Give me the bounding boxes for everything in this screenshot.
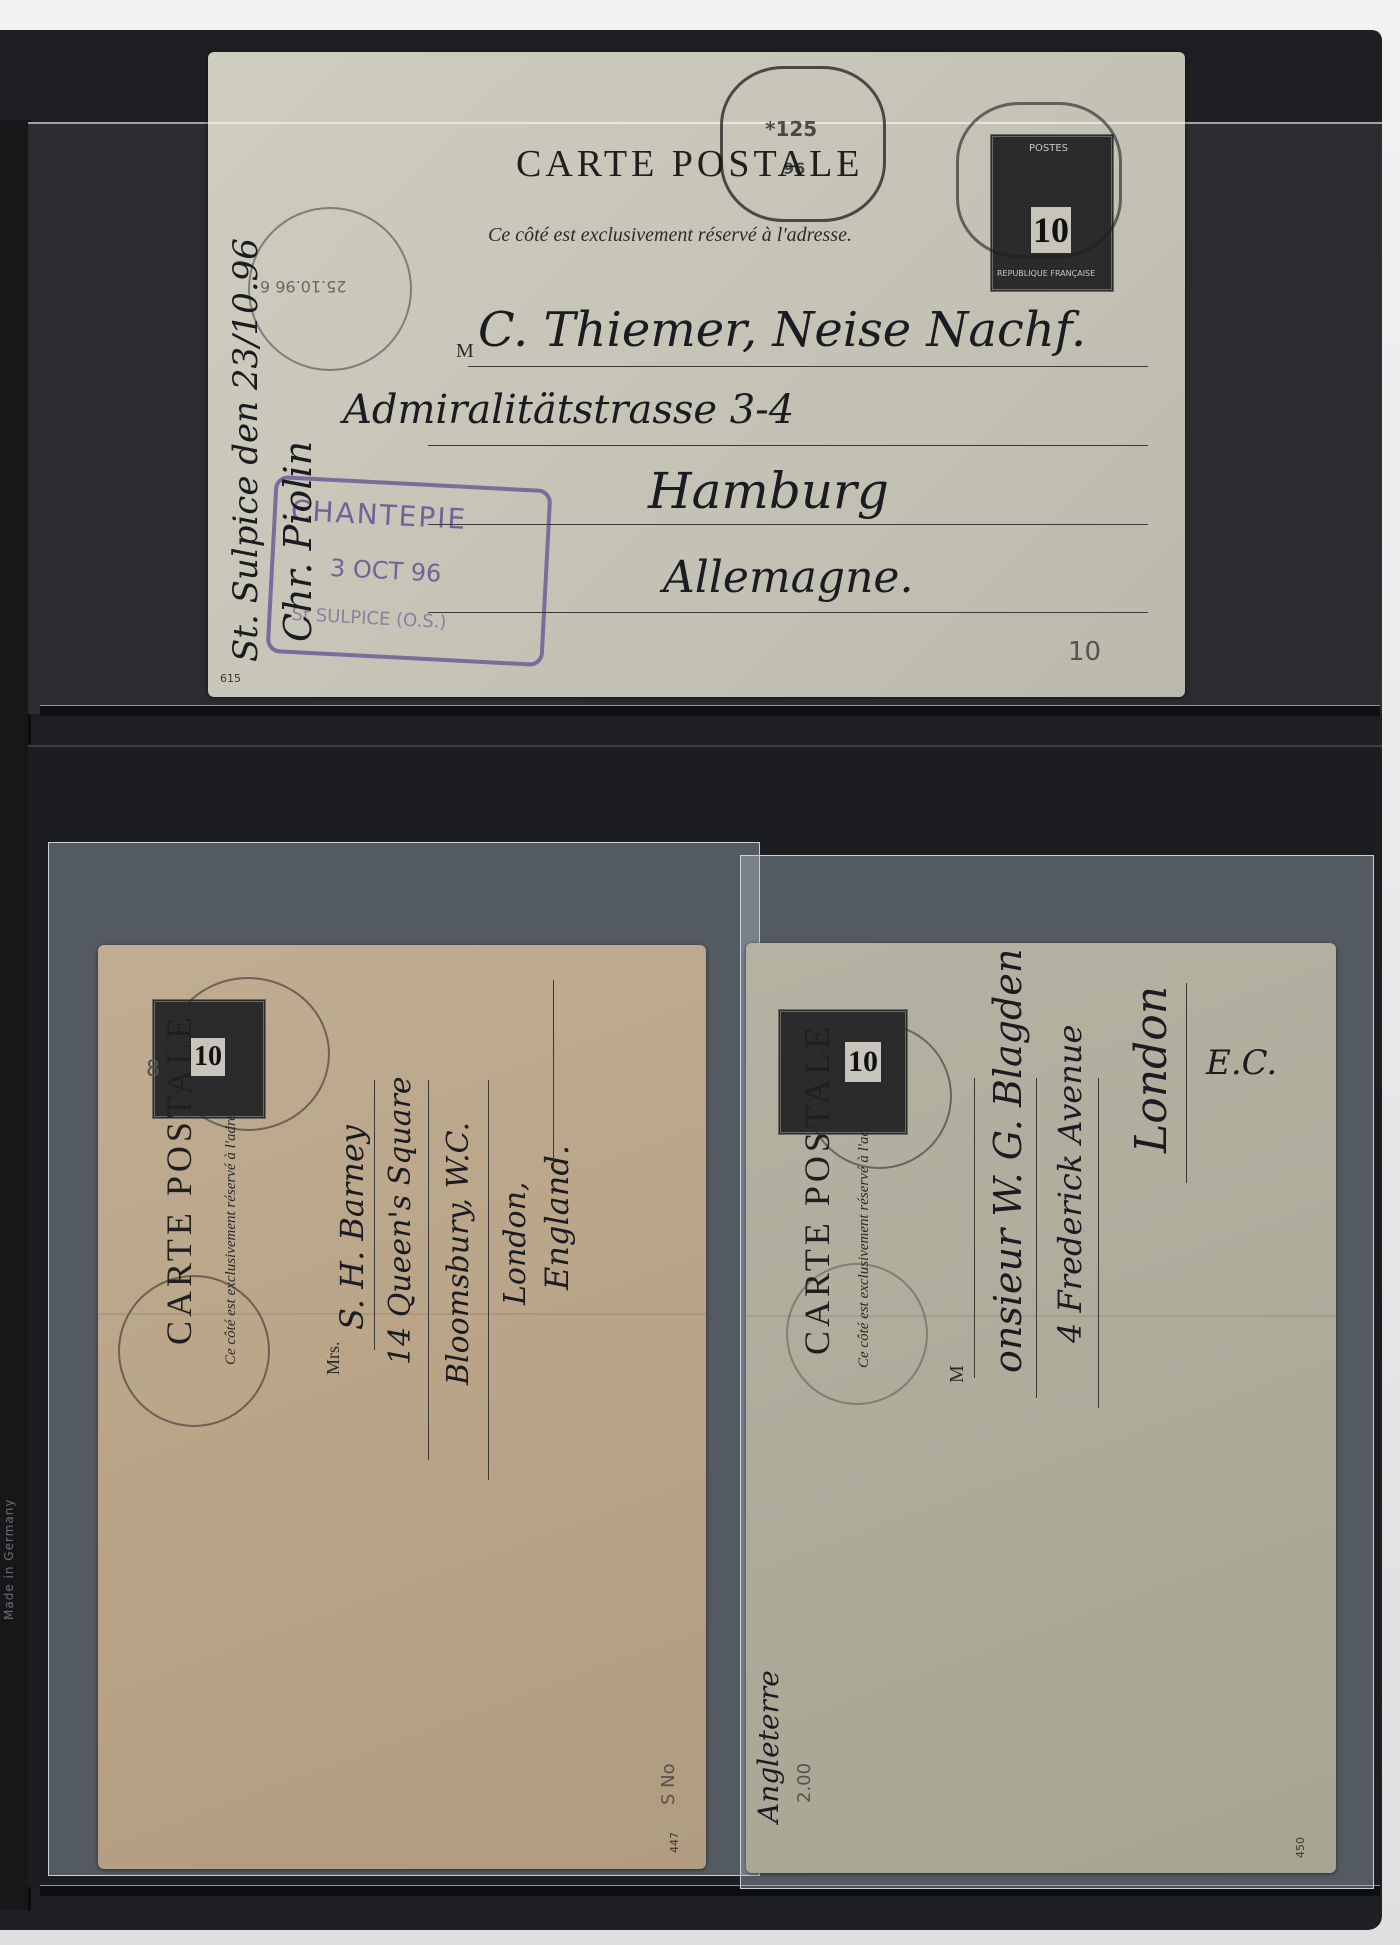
sender-signature: Chr. Piolin — [276, 441, 320, 642]
postcard-bottom-right: 10 CARTE POSTALE Ce côté est exclusiveme… — [746, 943, 1336, 1873]
pencil-price-note: 10 — [1068, 637, 1101, 667]
address-line-4: E.C. — [1206, 1043, 1277, 1083]
pencil-note: S No — [658, 1763, 679, 1805]
address-rule-2 — [1036, 1078, 1037, 1398]
sender-place-date: St. Sulpice den 23/10.96 — [226, 238, 266, 662]
address-line-2: 4 Frederick Avenue — [1051, 1025, 1089, 1343]
postcard-bottom-left: 10 CARTE POSTALE Ce côté est exclusiveme… — [98, 945, 706, 1869]
cancel-date: 3 OCT 96 — [329, 554, 442, 588]
card-subtitle: Ce côté est exclusivement réservé à l'ad… — [856, 1095, 873, 1368]
address-rule-1 — [974, 1078, 975, 1378]
address-line-1: onsieur W. G. Blagden — [986, 949, 1030, 1373]
pencil-price-note: 2.00 — [794, 1763, 815, 1803]
german-round-postmark: 25.10.96 6 — [248, 207, 412, 371]
address-line-3: Bloomsbury, W.C. — [441, 1122, 476, 1385]
address-line-1: C. Thiemer, Neise Nachf. — [478, 302, 1086, 358]
address-rule-2 — [428, 1080, 429, 1460]
print-number: 450 — [1294, 1837, 1307, 1858]
address-line-4: London, — [498, 1182, 533, 1305]
address-rule-3 — [428, 524, 1148, 525]
address-line-2: 14 Queen's Square — [383, 1076, 418, 1365]
address-rule-4 — [428, 612, 1148, 613]
card-title: CARTE POSTALE — [796, 1023, 838, 1355]
spine-label: Made in Germany — [2, 1390, 24, 1620]
card-subtitle: Ce côté est exclusivement réservé à l'ad… — [488, 224, 852, 247]
stamp-republique-text: REPUBLIQUE FRANÇAISE — [997, 269, 1095, 278]
album-binding-edge — [0, 120, 31, 1910]
address-line-5: England. — [538, 1145, 576, 1290]
address-line-2: Admiralitätstrasse 3-4 — [343, 387, 794, 433]
address-prefix: Mrs. — [323, 1341, 344, 1375]
card-subtitle: Ce côté est exclusivement réservé à l'ad… — [223, 1092, 240, 1365]
postcard-top: CARTE POSTALE Ce côté est exclusivement … — [208, 52, 1185, 697]
address-line-1: S. H. Barney — [333, 1125, 371, 1330]
address-line-3: Hamburg — [648, 462, 889, 520]
octagonal-postmark-1: *125 96 — [720, 66, 886, 222]
postmark-number: *125 — [765, 117, 817, 141]
address-line-4: Allemagne. — [663, 552, 913, 603]
print-number: 447 — [668, 1832, 681, 1853]
address-line-3: London — [1126, 986, 1177, 1153]
address-rule-3 — [1098, 1078, 1099, 1408]
address-rule-4 — [553, 980, 554, 1170]
address-prefix: M — [456, 340, 474, 363]
address-rule-1 — [374, 1080, 375, 1350]
address-rule-4 — [1186, 983, 1187, 1183]
postmark-year: 96 — [783, 159, 805, 178]
pencil-note: 8 — [146, 1057, 160, 1082]
card-title: CARTE POSTALE — [158, 1013, 200, 1345]
octagonal-postmark-2 — [956, 102, 1122, 258]
margin-destination: Angleterre — [752, 1670, 785, 1823]
german-postmark-date: 25.10.96 6 — [260, 277, 347, 296]
strip-lip-top — [40, 705, 1380, 716]
address-rule-3 — [488, 1080, 489, 1480]
address-rule-2 — [428, 445, 1148, 446]
address-prefix: M — [946, 1365, 969, 1383]
print-number: 615 — [220, 672, 241, 685]
address-rule-1 — [468, 366, 1148, 367]
